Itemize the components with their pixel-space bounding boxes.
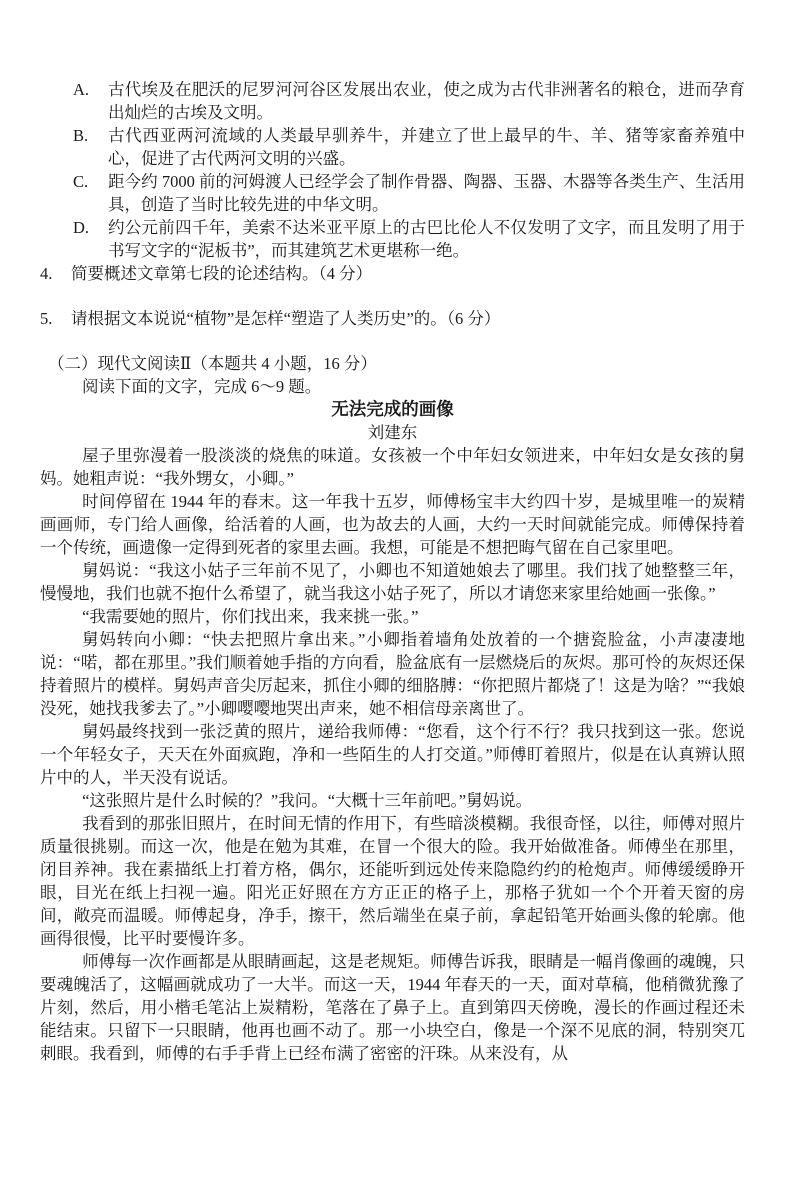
passage-paragraph: “我需要她的照片，你们找出来，我来挑一张。” [40, 605, 745, 628]
passage-paragraph: 时间停留在 1944 年的春末。这一年我十五岁，师傅杨宝丰大约四十岁，是城里唯一… [40, 490, 745, 559]
passage-paragraph: 舅妈转向小卿：“快去把照片拿出来。”小卿指着墙角处放着的一个搪瓷脸盆，小声凄凄地… [40, 628, 745, 720]
question-5-text: 请根据文本说说“植物”是怎样“塑造了人类历史”的。（6 分） [71, 307, 745, 330]
option-b: B. 古代西亚两河流域的人类最早驯养牛，并建立了世上最早的牛、羊、猪等家畜养殖中… [73, 124, 745, 170]
option-a-label: A. [73, 78, 108, 124]
section-instruction: 阅读下面的文字，完成 6～9 题。 [40, 375, 745, 398]
option-c-label: C. [73, 170, 108, 216]
question-4: 4. 简要概述文章第七段的论述结构。（4 分） [40, 262, 745, 285]
option-b-text: 古代西亚两河流域的人类最早驯养牛，并建立了世上最早的牛、羊、猪等家畜养殖中心，促… [108, 124, 745, 170]
option-a-text: 古代埃及在肥沃的尼罗河河谷区发展出农业，使之成为古代非洲著名的粮仓，进而孕育出灿… [108, 78, 745, 124]
exam-page: A. 古代埃及在肥沃的尼罗河河谷区发展出农业，使之成为古代非洲著名的粮仓，进而孕… [0, 0, 800, 1191]
passage-author: 刘建东 [40, 421, 745, 444]
passage-title: 无法完成的画像 [40, 398, 745, 421]
passage-paragraph: 屋子里弥漫着一股淡淡的烧焦的味道。女孩被一个中年妇女领进来，中年妇女是女孩的舅妈… [40, 444, 745, 490]
passage-paragraph: 舅妈说：“我这小姑子三年前不见了，小卿也不知道她娘去了哪里。我们找了她整整三年，… [40, 559, 745, 605]
question-4-number: 4. [40, 262, 71, 285]
question-5: 5. 请根据文本说说“植物”是怎样“塑造了人类历史”的。（6 分） [40, 307, 745, 330]
option-b-label: B. [73, 124, 108, 170]
passage-paragraph: 我看到的那张旧照片，在时间无情的作用下，有些暗淡模糊。我很奇怪，以往，师傅对照片… [40, 812, 745, 950]
passage-paragraph: “这张照片是什么时候的？”我问。“大概十三年前吧。”舅妈说。 [40, 789, 745, 812]
section-heading: （二）现代文阅读Ⅱ（本题共 4 小题，16 分） [40, 352, 745, 375]
option-d-label: D. [73, 216, 108, 262]
answer-space [40, 285, 745, 307]
option-d: D. 约公元前四千年，美索不达米亚平原上的古巴比伦人不仅发明了文字，而且发明了用… [73, 216, 745, 262]
option-c: C. 距今约 7000 前的河姆渡人已经学会了制作骨器、陶器、玉器、木器等各类生… [73, 170, 745, 216]
passage-paragraph: 师傅每一次作画都是从眼睛画起，这是老规矩。师傅告诉我，眼睛是一幅肖像画的魂魄，只… [40, 950, 745, 1065]
passage-paragraph: 舅妈最终找到一张泛黄的照片，递给我师傅：“您看，这个行不行？我只找到这一张。您说… [40, 720, 745, 789]
question-4-text: 简要概述文章第七段的论述结构。（4 分） [71, 262, 745, 285]
option-d-text: 约公元前四千年，美索不达米亚平原上的古巴比伦人不仅发明了文字，而且发明了用于书写… [108, 216, 745, 262]
option-a: A. 古代埃及在肥沃的尼罗河河谷区发展出农业，使之成为古代非洲著名的粮仓，进而孕… [73, 78, 745, 124]
question-5-number: 5. [40, 307, 71, 330]
answer-space [40, 330, 745, 352]
choice-options: A. 古代埃及在肥沃的尼罗河河谷区发展出农业，使之成为古代非洲著名的粮仓，进而孕… [40, 78, 745, 262]
option-c-text: 距今约 7000 前的河姆渡人已经学会了制作骨器、陶器、玉器、木器等各类生产、生… [108, 170, 745, 216]
